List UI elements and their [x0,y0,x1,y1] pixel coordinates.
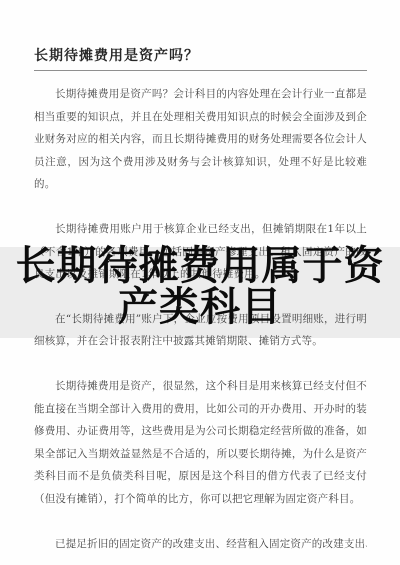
paragraph: 长期待摊费用是资产，很显然，这个科目是用来核算已经支付但不能直接在当期全部计入费… [34,375,367,511]
article: 长期待摊费用是资产吗？ 长期待摊费用是资产吗？会计科目的内容处理在会计行业一直都… [0,0,400,555]
paragraph: 长期待摊费用账户用于核算企业已经支出，但摊销期限在1年以上（不含1年）的各项费用… [34,218,367,286]
article-title: 长期待摊费用是资产吗？ [34,46,367,71]
document-page: 长期待摊费用是资产吗？ 长期待摊费用是资产吗？会计科目的内容处理在会计行业一直都… [0,0,400,565]
paragraph: 在“长期待摊费用”账户下，企业应按费用项目设置明细账，进行明细核算，并在会计报表… [34,308,367,353]
paragraph: 已提足折旧的固定资产的改建支出、经营租入固定资产的改建支出、符合税 [34,533,367,556]
paragraph: 长期待摊费用是资产吗？会计科目的内容处理在会计行业一直都是相当重要的知识点，并且… [34,83,367,196]
